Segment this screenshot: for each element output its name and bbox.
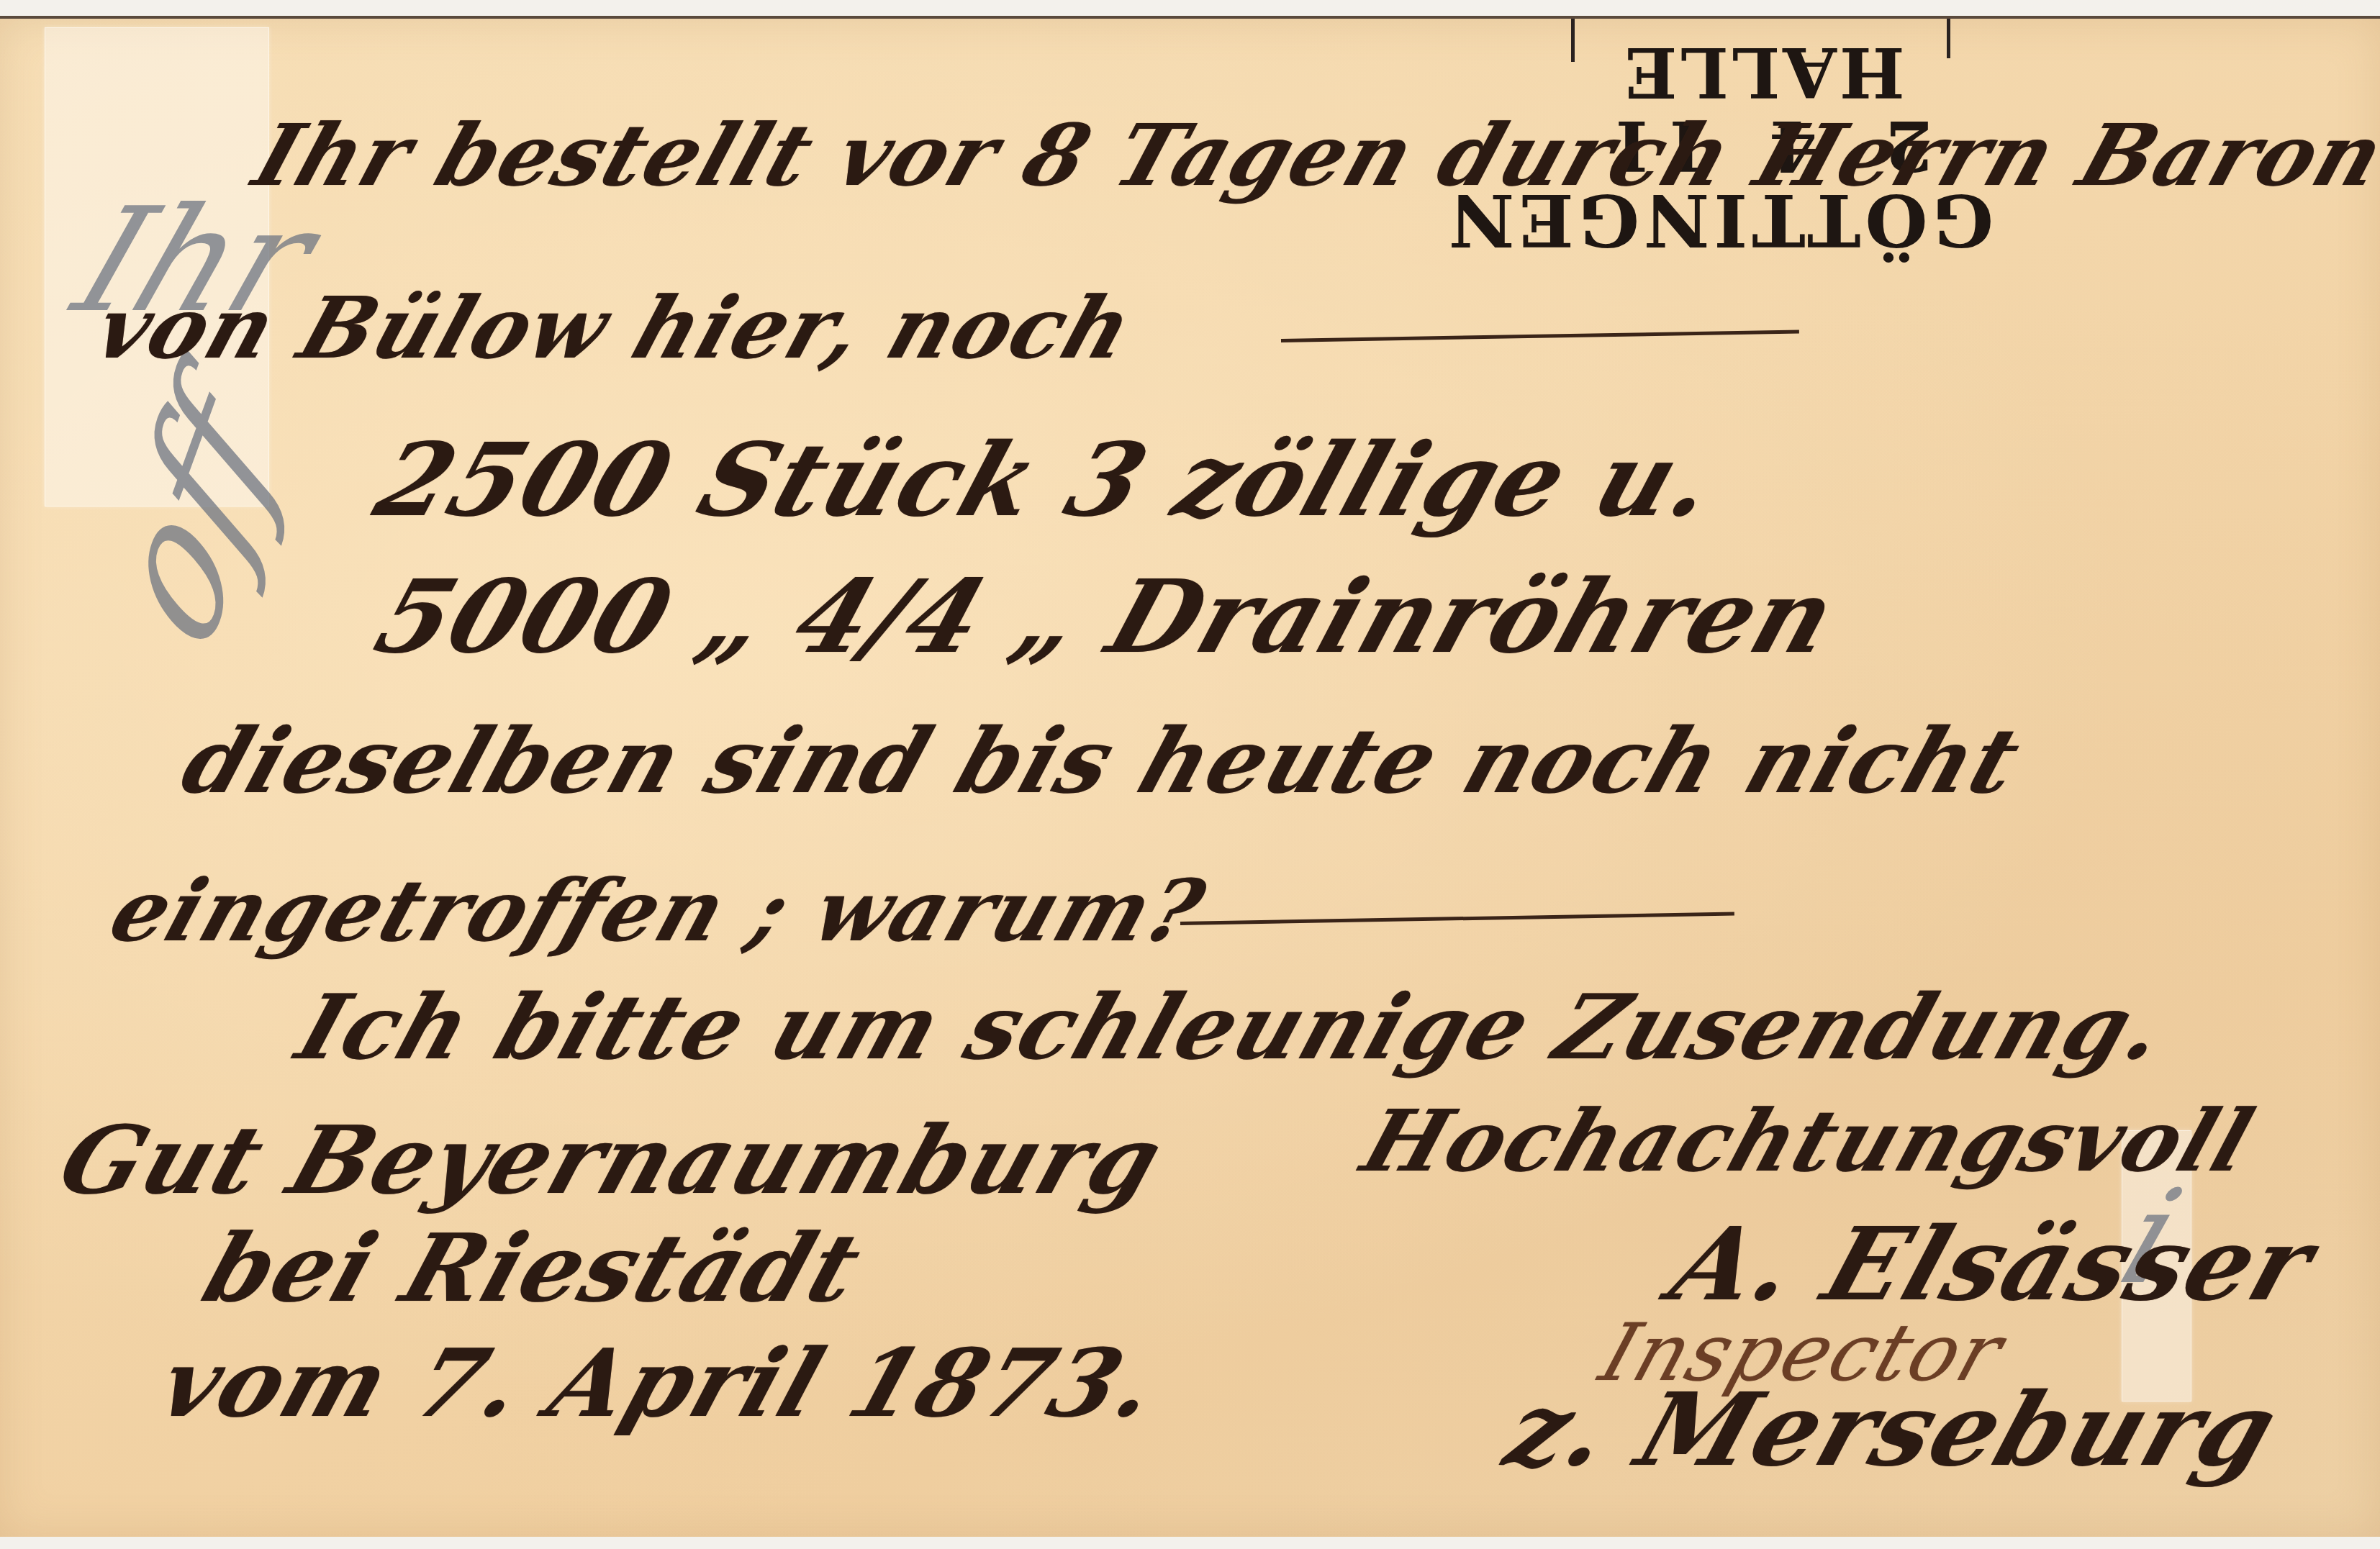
text-line-7: Ich bitte um schleunige Zusendung. xyxy=(285,976,2178,1080)
text-line-4: 5000 „ 4/4 „ Drainröhren xyxy=(362,558,1850,676)
postmark-frame-tick-left xyxy=(1571,19,1575,62)
postmark-frame-tick-right xyxy=(1947,19,1950,58)
postmark-city-top: HALLE xyxy=(1533,37,1994,106)
text-line-5: dieselben sind bis heute noch nicht xyxy=(170,709,2033,814)
text-line-6: eingetroffen ; warum? xyxy=(99,860,1217,960)
underline-warum xyxy=(1180,912,1734,925)
place-line-2: bei Riestädt xyxy=(191,1213,875,1323)
text-line-2: von Bülow hier, noch xyxy=(84,278,1146,378)
text-line-1: Ihr bestellt vor 8 Tagen durch Herrn Bar… xyxy=(243,105,2380,205)
text-line-8: Hochachtungsvoll xyxy=(1351,1091,2266,1191)
signature-place: z. Merseburg xyxy=(1492,1371,2291,1489)
text-line-3: 2500 Stück 3 zöllige u. xyxy=(362,422,1730,540)
date-line: vom 7. April 1873. xyxy=(148,1328,1172,1438)
place-line-1: Gut Beyernaumburg xyxy=(47,1105,1177,1215)
postcard: Ihr off i GÖTTINGEN 2 4 II HALLE Ihr bes… xyxy=(0,16,2380,1537)
underline-noch xyxy=(1281,330,1799,342)
